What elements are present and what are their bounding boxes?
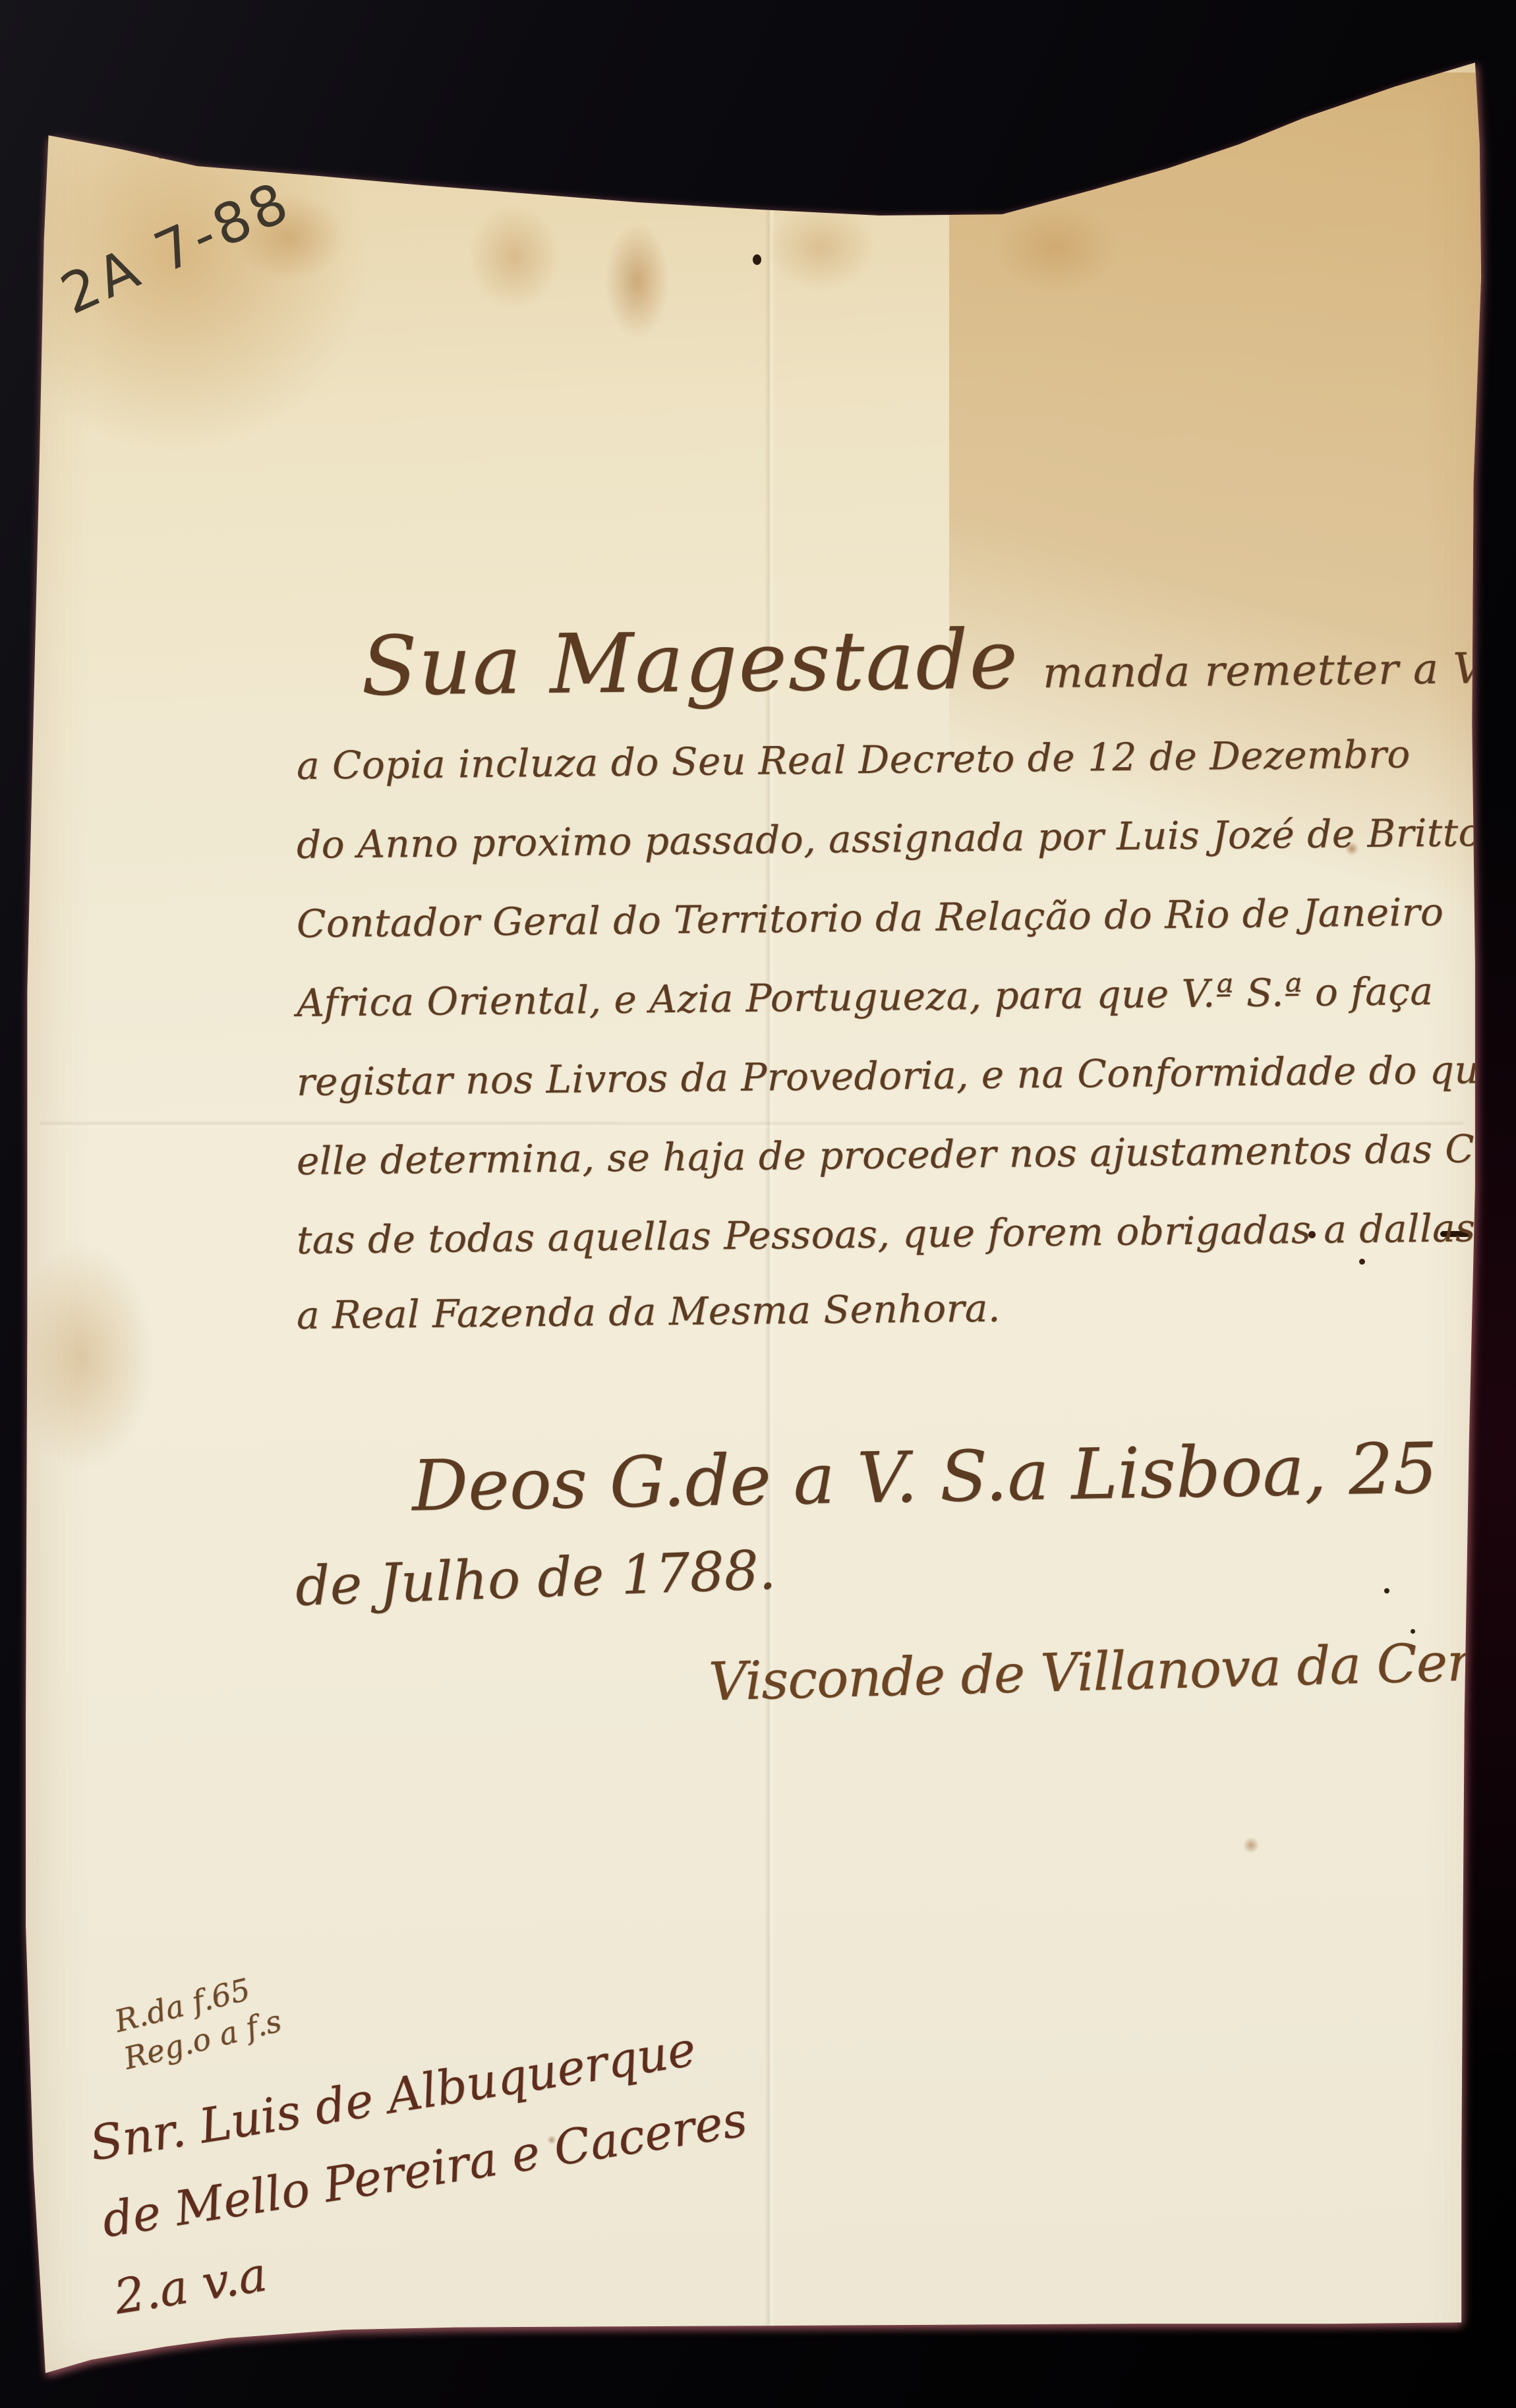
letter-opening-line: Sua Magestade manda remetter a V.ª S.ª,: [361, 606, 1516, 714]
address-line1: Snr. Luis de Albuquerque: [84, 2003, 740, 2182]
ink-speck: [1359, 1259, 1365, 1265]
stain-left-middle: [13, 1199, 211, 1516]
signature: Visconde de Villanova da Cerveira: [708, 1628, 1516, 1712]
ink-speck: [753, 254, 761, 265]
opening-words-rest: manda remetter a V.ª S.ª,: [1043, 643, 1516, 698]
paper-sheet: R — 2A 7-88 Sua Magestade manda remetter…: [0, 0, 1516, 2408]
code-annotation: 2A 7-88: [51, 169, 301, 327]
archival-mark: R —: [152, 76, 308, 175]
fold-crease-vertical: [765, 198, 775, 2326]
foxing-spot: [547, 2135, 556, 2144]
body-line: tas de todas aquellas Pessoas, que forem…: [297, 1205, 1476, 1263]
registration-note-line2: Reg.o a f.s: [120, 2001, 285, 2077]
body-line: Contador Geral do Territorio da Relação …: [297, 890, 1444, 946]
body-line: registar nos Livros da Provedoria, e na …: [297, 1047, 1503, 1104]
opening-words-large: Sua Magestade: [361, 612, 1019, 714]
ink-speck: [1384, 1588, 1389, 1593]
body-line: a Copia incluza do Seu Real Decreto de 1…: [297, 731, 1411, 788]
body-line: a Real Fazenda da Mesma Senhora.: [297, 1286, 1001, 1338]
valediction-dateline: Deos G.de a V. S.a Lisboa, 25: [411, 1427, 1438, 1526]
photo-background: R — 2A 7-88 Sua Magestade manda remetter…: [0, 0, 1516, 2408]
registration-note: R.da f.65 Reg.o a f.s: [111, 1964, 285, 2078]
ink-speck: [1308, 1231, 1316, 1238]
stain-top-left: [36, 119, 537, 745]
recipient-address: Snr. Luis de Albuquerque de Mello Pereir…: [84, 2003, 765, 2336]
foxing-spot: [1345, 842, 1359, 855]
valediction-date-continuation: de Julho de 1788.: [295, 1539, 777, 1618]
body-line: elle determina, se haja de proceder nos …: [297, 1126, 1516, 1184]
address-line3: 2.a v.a: [109, 2157, 765, 2336]
body-line: Africa Oriental, e Azia Portugueza, para…: [297, 969, 1434, 1025]
registration-note-line1: R.da f.65: [111, 1964, 276, 2040]
address-line2: de Mello Pereira e Caceres: [96, 2080, 752, 2259]
paper-wrap: R — 2A 7-88 Sua Magestade manda remetter…: [0, 0, 1516, 2408]
stain-upper-right: [949, 72, 1509, 1061]
ink-blot-edge: [1440, 1231, 1471, 1237]
body-line: do Anno proximo passado, assignada por L…: [297, 810, 1495, 867]
fold-crease-horizontal: [40, 1120, 1463, 1128]
stain-top-edge: [198, 158, 1219, 356]
ink-speck: [1411, 1629, 1415, 1634]
foxing-spot: [1242, 1837, 1260, 1853]
